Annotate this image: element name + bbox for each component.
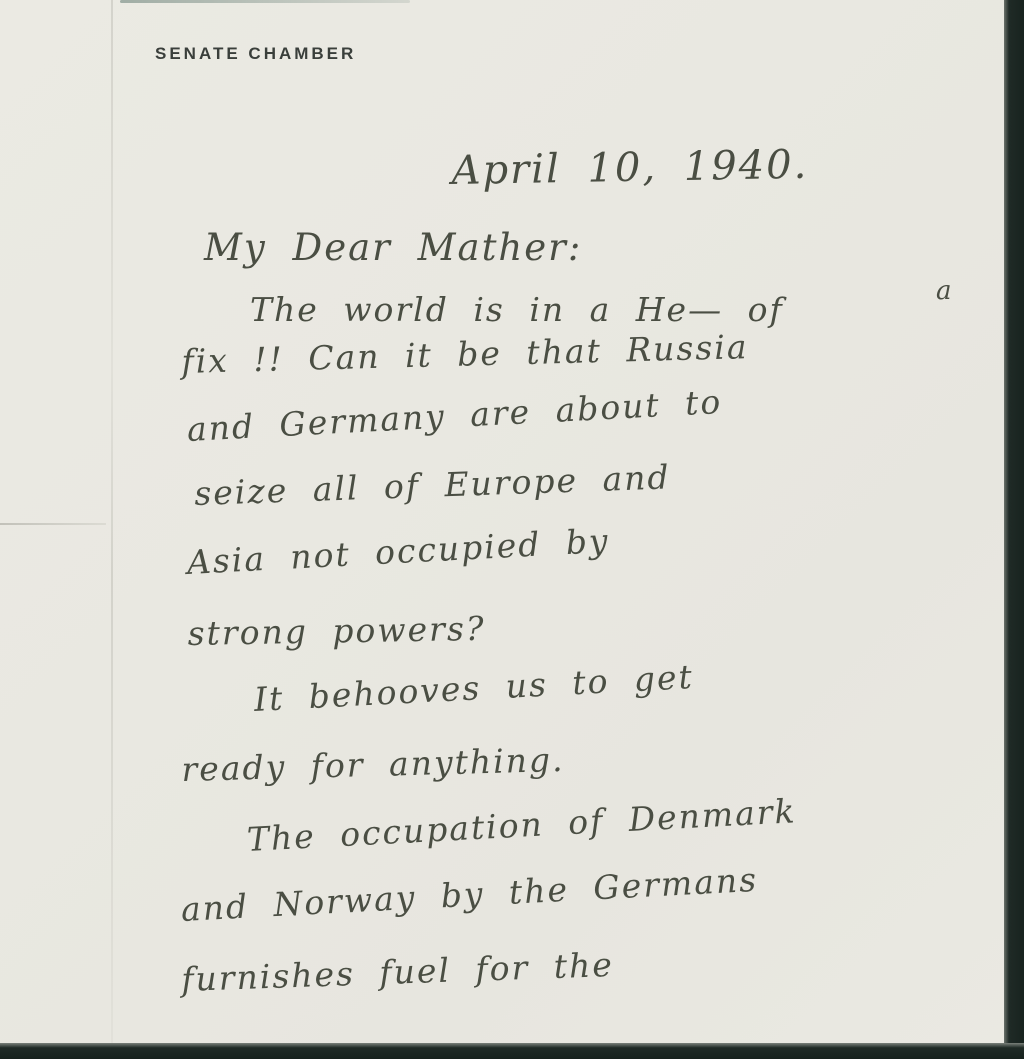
scan-artifact-top-edge <box>120 0 410 3</box>
body-line: It behooves us to get <box>253 657 695 719</box>
body-line: Asia not occupied by <box>186 521 611 582</box>
body-line: seize all of Europe and <box>194 457 672 513</box>
scan-artifact-bottom-edge <box>0 1043 1024 1059</box>
body-line: furnishes fuel for the <box>181 945 615 999</box>
body-line: and Germany are about to <box>186 382 723 449</box>
body-line: and Norway by the Germans <box>180 860 759 929</box>
date-line: April 10, 1940. <box>451 142 809 194</box>
paper-fold-vertical-crease <box>111 0 113 1043</box>
salutation-line: My Dear Mather: <box>204 226 582 269</box>
body-line: ready for anything. <box>181 740 565 789</box>
superscript-insert: a <box>936 276 954 306</box>
body-line: The world is in a He— of <box>250 290 784 329</box>
scan-artifact-right-edge <box>1004 0 1024 1059</box>
paper-fold-horizontal-crease <box>0 523 106 525</box>
letterhead-text: SENATE CHAMBER <box>155 44 356 64</box>
body-line: strong powers? <box>187 609 486 653</box>
body-line: The occupation of Denmark <box>246 791 797 859</box>
body-line: fix !! Can it be that Russia <box>181 327 749 381</box>
letter-scan-page: SENATE CHAMBER April 10, 1940. My Dear M… <box>0 0 1024 1059</box>
